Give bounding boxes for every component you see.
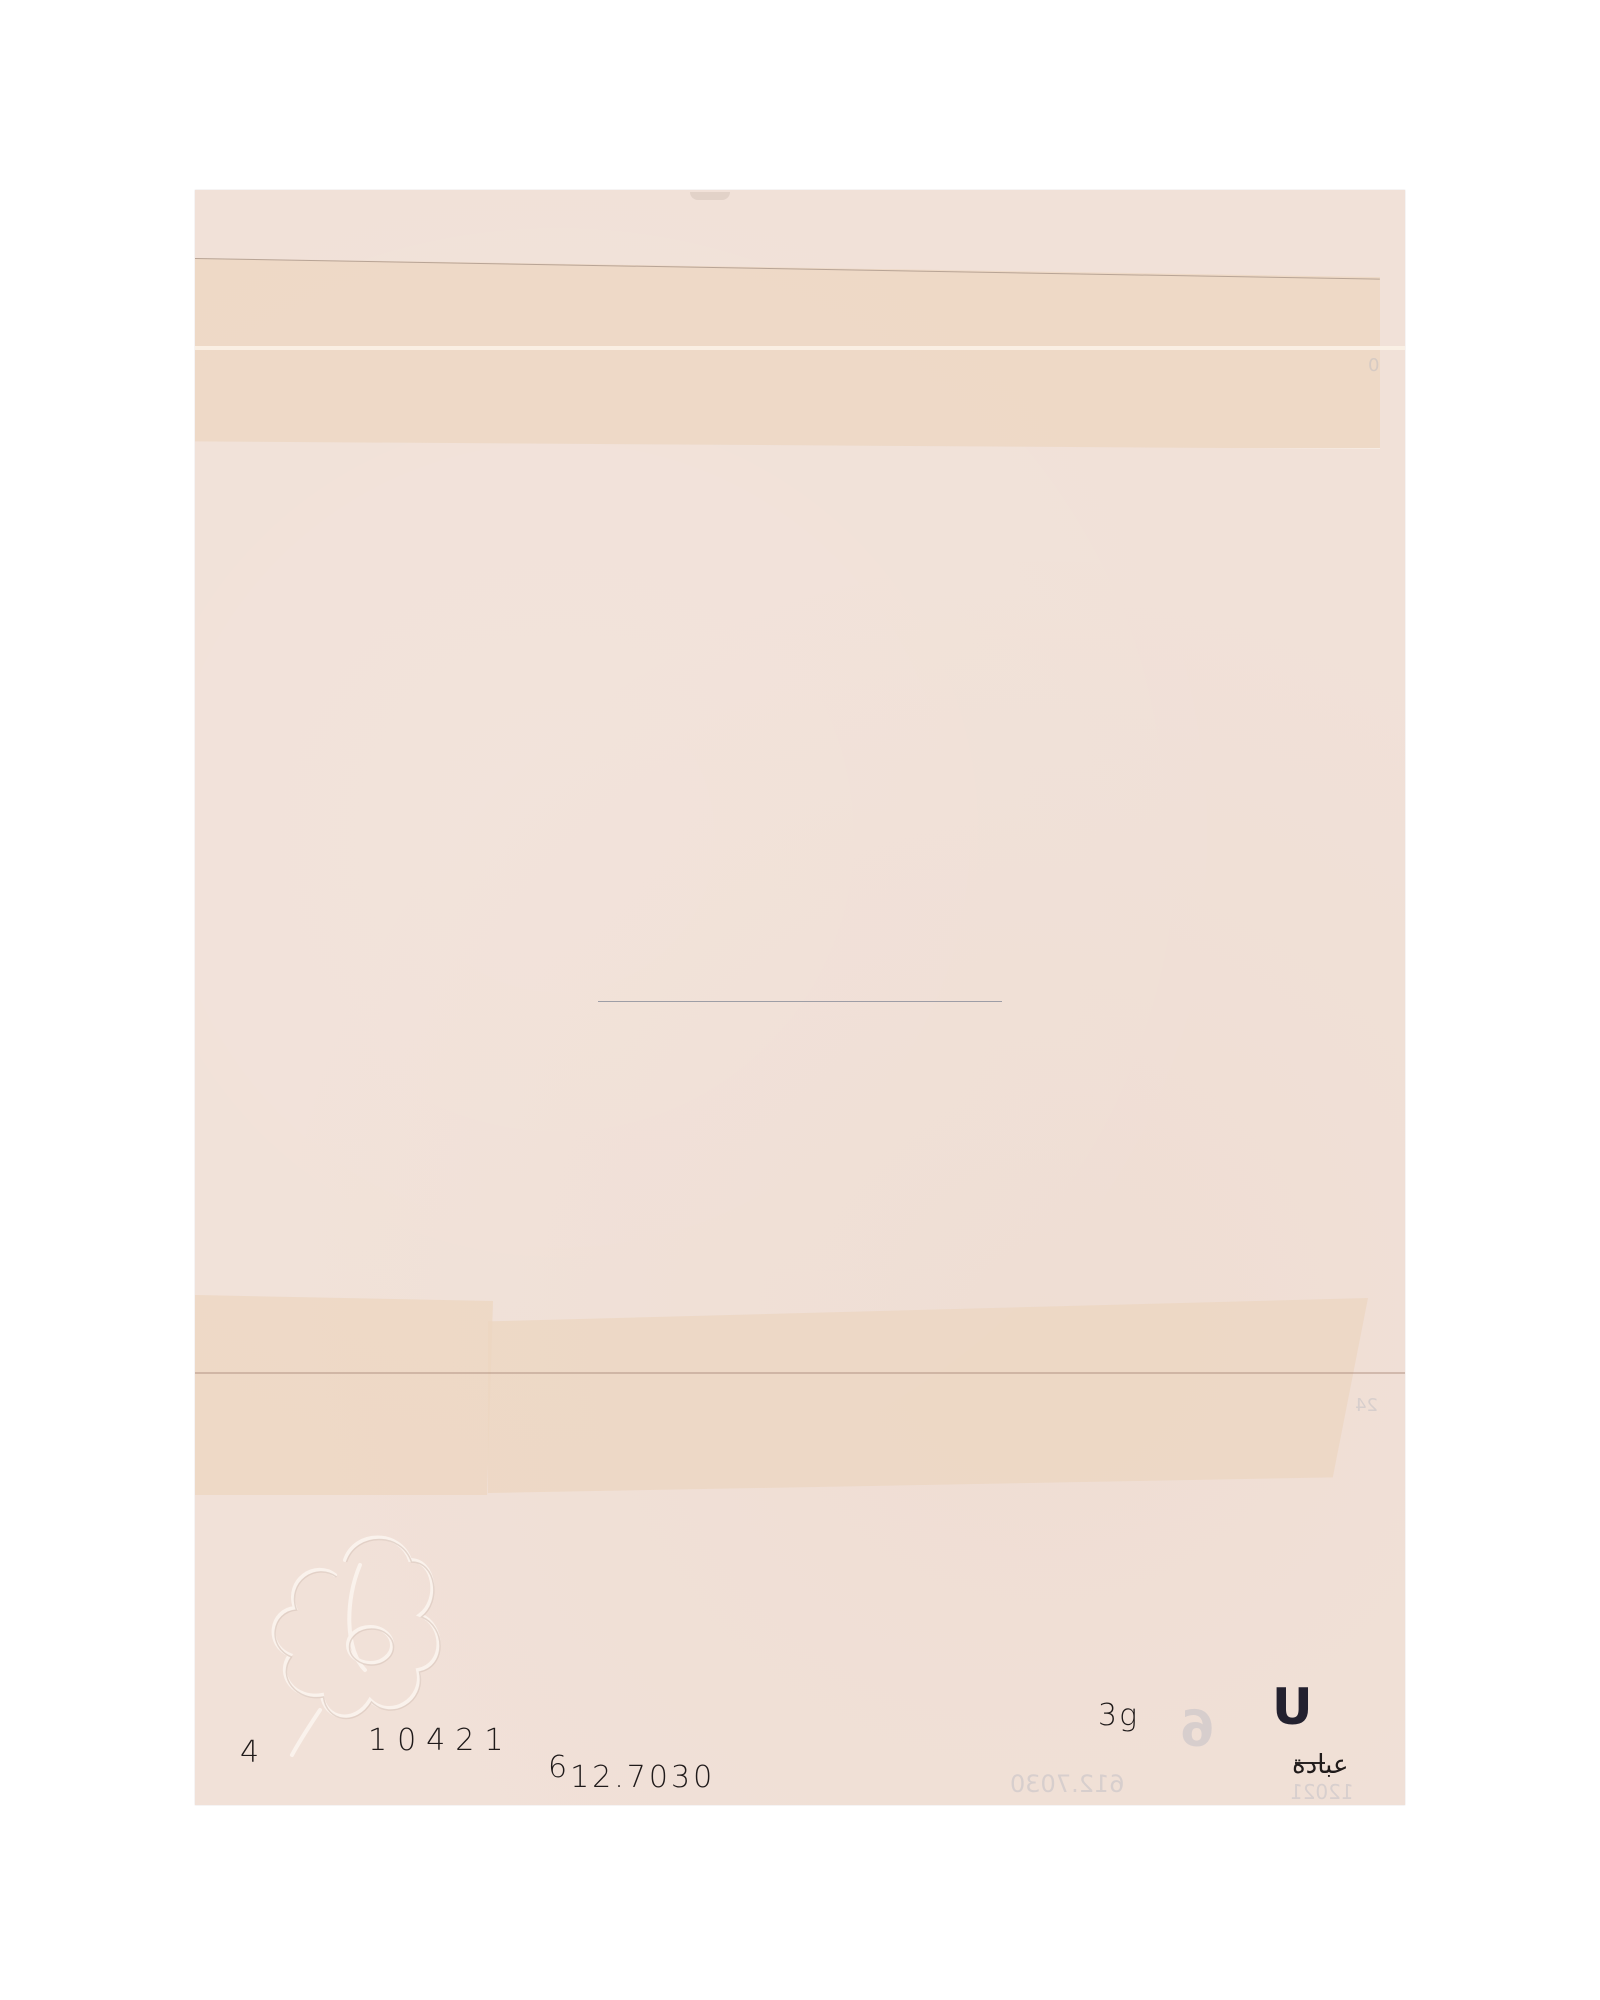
handwritten-weight: 3g <box>1098 1698 1139 1733</box>
reference-number: 12.7030 <box>570 1760 715 1795</box>
ghost-reference: 612.7030 <box>1010 1770 1125 1798</box>
top-notch <box>690 192 730 200</box>
ghost-number: 12021 <box>1290 1780 1354 1804</box>
tape-bottom-seam <box>195 1372 1405 1374</box>
ghost-edge-mark-bottom: 24 <box>1355 1395 1378 1416</box>
handwritten-number-left: 4 <box>240 1735 263 1770</box>
tape-top-fold <box>195 346 1405 350</box>
tape-strip-top <box>195 258 1380 449</box>
tape-strip-bottom-main <box>488 1298 1368 1493</box>
ghost-edge-mark-top: 0 <box>1368 355 1379 376</box>
pencil-line <box>598 1001 1002 1002</box>
handwritten-arabic-name: عبادة <box>1292 1750 1348 1780</box>
stamp-letter: U <box>1272 1678 1313 1736</box>
ghost-digit: 6 <box>1180 1700 1215 1758</box>
handwritten-reference: 612.7030 <box>548 1750 715 1795</box>
tape-strip-bottom-left <box>195 1295 493 1495</box>
reference-prefix: 6 <box>548 1750 570 1785</box>
handwritten-inventory-number: 10421 <box>368 1723 513 1758</box>
